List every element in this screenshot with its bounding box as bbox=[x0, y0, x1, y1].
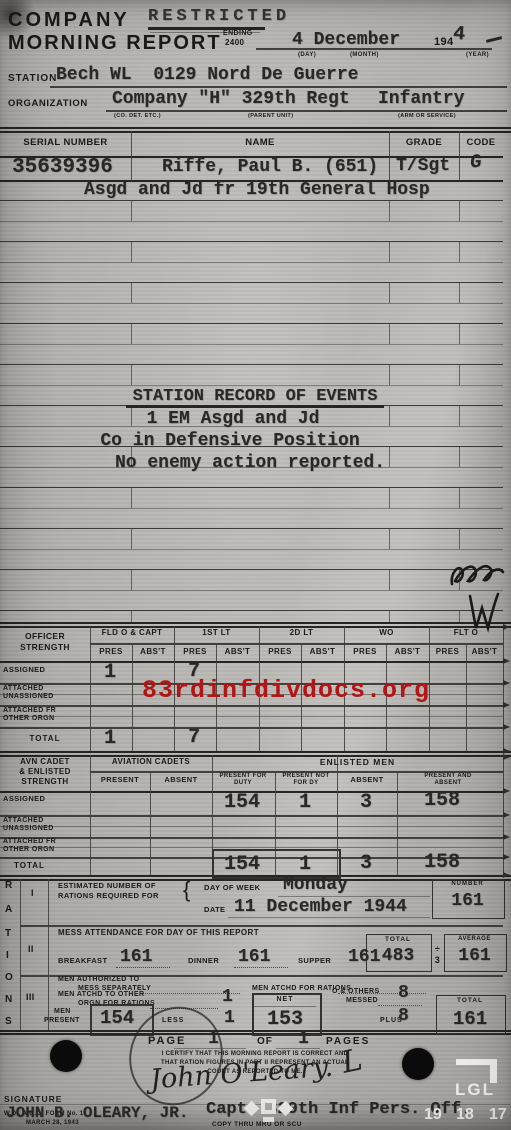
typed-officer-name: JOHN B. OLEARY, JR. bbox=[6, 1105, 188, 1121]
line-end-arrow bbox=[503, 702, 510, 708]
rations-letter: O bbox=[5, 972, 13, 983]
officer-row-attached-fr: ATTACHED FR OTHER ORGN bbox=[3, 707, 63, 723]
roster-name-value: Riffe, Paul B. (651) bbox=[162, 158, 378, 176]
officer-total-1lt-pres: 7 bbox=[188, 728, 200, 748]
rule-line bbox=[0, 127, 511, 129]
others-messed-value: 8 bbox=[398, 984, 409, 1002]
rule-line bbox=[0, 751, 511, 753]
enlisted-sub-present-not-for-dy: PRESENT NOT FOR DY bbox=[281, 773, 331, 786]
officer-assigned-fld-pres: 1 bbox=[104, 663, 116, 683]
roster-header-name: NAME bbox=[131, 138, 389, 149]
pen-dash bbox=[486, 36, 502, 42]
grid-line bbox=[150, 771, 151, 875]
rule-line bbox=[0, 826, 503, 827]
officer-sub-pres: PRES bbox=[429, 648, 466, 657]
grid-line bbox=[132, 643, 133, 751]
station-value: Bech WL 0129 Nord De Guerre bbox=[56, 66, 358, 84]
grid-line bbox=[90, 755, 91, 875]
events-title: STATION RECORD OF EVENTS bbox=[110, 388, 400, 405]
events-line: 1 EM Asgd and Jd bbox=[70, 410, 396, 428]
grid-line bbox=[503, 626, 504, 751]
line-end-arrow bbox=[503, 812, 510, 818]
brace-glyph: { bbox=[183, 878, 191, 903]
officer-group-wo: WO bbox=[344, 629, 429, 638]
officer-group-1lt: 1ST LT bbox=[174, 629, 259, 638]
station-label: STATION bbox=[8, 73, 57, 84]
ruler-digit: 19 bbox=[424, 1106, 442, 1124]
ending-2400-label: 2400 bbox=[225, 39, 244, 48]
enlisted-sub-absent: ABSENT bbox=[150, 776, 212, 784]
day-of-week-label: DAY OF WEEK bbox=[204, 884, 261, 892]
rations-numeral-1: I bbox=[31, 888, 34, 898]
officer-sub-abst: ABS'T bbox=[132, 648, 174, 657]
morning-report-document: COMPANY MORNING REPORT RESTRICTED ENDING… bbox=[0, 0, 511, 1130]
rations-letter: A bbox=[5, 904, 13, 915]
officer-group-2lt: 2D LT bbox=[259, 629, 344, 638]
enlisted-men-group: ENLISTED MEN bbox=[212, 758, 503, 768]
plus-value: 8 bbox=[398, 1007, 409, 1025]
roster-header-code: CODE bbox=[459, 138, 503, 149]
blank-row bbox=[0, 610, 503, 622]
fiducial-bar bbox=[263, 1117, 274, 1122]
average-label: AVERAGE bbox=[444, 936, 505, 943]
net-label: NET bbox=[252, 996, 318, 1004]
dinner-value: 161 bbox=[238, 948, 270, 966]
line-end-arrow bbox=[503, 872, 510, 878]
breakfast-value: 161 bbox=[120, 948, 152, 966]
estimated-rations-label1: ESTIMATED NUMBER OF bbox=[58, 882, 156, 890]
org-sublabel-co: (CO. DET. ETC.) bbox=[114, 113, 161, 119]
pages-number: 1 bbox=[298, 1030, 309, 1048]
year-printed: 194 bbox=[434, 36, 454, 48]
less-value: 1 bbox=[224, 1009, 235, 1027]
title-company: COMPANY bbox=[8, 9, 130, 31]
ending-label: ENDING bbox=[223, 30, 253, 38]
enlisted-stub-line3: STRENGTH bbox=[0, 778, 90, 787]
o-and-others-label2: MESSED bbox=[346, 997, 378, 1005]
officer-sub-abst: ABS'T bbox=[216, 648, 259, 657]
officer-sub-abst: ABS'T bbox=[301, 648, 344, 657]
enlisted-stub-line2: & ENLISTED bbox=[0, 768, 90, 777]
officer-sub-pres: PRES bbox=[344, 648, 386, 657]
rule-line bbox=[0, 716, 503, 717]
rations-numeral-3: III bbox=[26, 992, 35, 1002]
rule-line bbox=[0, 727, 503, 729]
breakfast-label: BREAKFAST bbox=[58, 957, 107, 965]
enlisted-total-pa: 158 bbox=[424, 853, 460, 873]
day-sublabel: (DAY) bbox=[298, 52, 316, 59]
officer-stub-line1: OFFICER bbox=[0, 632, 90, 642]
date-label: DATE bbox=[204, 906, 225, 914]
enlisted-total-pfd: 154 bbox=[224, 855, 260, 875]
rations-letter: R bbox=[5, 880, 13, 891]
grid-line bbox=[90, 626, 91, 751]
rule-line bbox=[50, 86, 507, 88]
title-morning-report: MORNING REPORT bbox=[8, 32, 222, 54]
organization-arm-value: Infantry bbox=[378, 90, 464, 108]
divide-by-three: ÷ 3 bbox=[432, 944, 443, 966]
roster-note: Asgd and Jd fr 19th General Hosp bbox=[84, 181, 430, 199]
events-line: No enemy action reported. bbox=[55, 454, 445, 472]
officer-sub-pres: PRES bbox=[259, 648, 301, 657]
date-value: 11 December 1944 bbox=[234, 898, 407, 916]
enlisted-row-attached-unassigned: ATTACHED UNASSIGNED bbox=[3, 817, 63, 833]
pen-scribble bbox=[446, 550, 508, 634]
enlisted-assigned-pnfd: 1 bbox=[299, 793, 311, 813]
net-value: 153 bbox=[252, 1010, 318, 1030]
punch-hole-right bbox=[402, 1048, 434, 1080]
ruler-digit: 17 bbox=[489, 1106, 507, 1124]
blank-row bbox=[0, 569, 503, 610]
dinner-line bbox=[234, 967, 288, 968]
estimated-rations-label2: RATIONS REQUIRED FOR bbox=[58, 892, 159, 900]
month-sublabel: (MONTH) bbox=[350, 52, 379, 59]
blank-row bbox=[0, 241, 503, 282]
enlisted-row-attached-fr: ATTACHED FR OTHER ORGN bbox=[3, 838, 63, 854]
org-sublabel-arm: (ARM OR SERVICE) bbox=[398, 113, 456, 119]
roster-header-grade: GRADE bbox=[389, 138, 459, 149]
enlisted-assigned-absent: 3 bbox=[360, 793, 372, 813]
blank-row bbox=[0, 528, 503, 569]
enlisted-row-total: TOTAL bbox=[14, 862, 45, 871]
aviation-cadets-group: AVIATION CADETS bbox=[90, 758, 212, 767]
rule-line bbox=[0, 755, 511, 757]
number-value: 161 bbox=[432, 892, 503, 910]
supper-label: SUPPER bbox=[298, 957, 331, 965]
officer-row-attached-unassigned: ATTACHED UNASSIGNED bbox=[3, 685, 63, 701]
day-of-week-value: Monday bbox=[283, 876, 348, 894]
breakfast-line bbox=[116, 967, 170, 968]
officer-sub-abst: ABS'T bbox=[466, 648, 503, 657]
organization-value: Company "H" 329th Regt bbox=[112, 90, 350, 108]
blank-row bbox=[0, 282, 503, 323]
line-end-arrow bbox=[503, 680, 510, 686]
men-present-label2: PRESENT bbox=[44, 1017, 80, 1025]
enlisted-total-absent: 3 bbox=[360, 854, 372, 874]
rule-line bbox=[0, 661, 503, 663]
enlisted-sub-present-and-absent: PRESENT AND ABSENT bbox=[422, 773, 474, 786]
men-authorized-label1: MEN AUTHORIZED TO bbox=[58, 976, 139, 984]
blank-row bbox=[0, 200, 503, 241]
year-sublabel: (YEAR) bbox=[466, 52, 489, 59]
dinner-label: DINNER bbox=[188, 957, 219, 965]
events-line: Co in Defensive Position bbox=[40, 432, 420, 450]
mess-attendance-label: MESS ATTENDANCE FOR DAY OF THIS REPORT bbox=[58, 929, 259, 938]
date-line bbox=[228, 917, 430, 918]
grid-line bbox=[397, 771, 398, 875]
enlisted-assigned-pa: 158 bbox=[424, 791, 460, 811]
men-atchd-other-label1: MEN ATCHD TO OTHER bbox=[58, 991, 144, 999]
enlisted-total-pnfd: 1 bbox=[299, 855, 311, 875]
grid-line bbox=[48, 879, 49, 1030]
restricted-stamp: RESTRICTED bbox=[148, 8, 290, 25]
year-handwritten: 4 bbox=[452, 25, 465, 46]
officer-sub-abst: ABS'T bbox=[386, 648, 429, 657]
roster-serial-value: 35639396 bbox=[12, 157, 113, 178]
line-end-arrow bbox=[503, 834, 510, 840]
enlisted-assigned-pfd: 154 bbox=[224, 793, 260, 813]
org-sublabel-parent: (PARENT UNIT) bbox=[248, 113, 293, 119]
officer-total-fld-pres: 1 bbox=[104, 729, 116, 749]
enlisted-stub-line1: AVN CADET bbox=[0, 758, 90, 767]
organization-label: ORGANIZATION bbox=[8, 99, 88, 110]
officer-row-total: TOTAL bbox=[0, 735, 90, 744]
grid-line bbox=[466, 643, 467, 751]
line-end-arrow bbox=[503, 788, 510, 794]
of-label: OF bbox=[257, 1036, 273, 1047]
lgl-mark: LGL bbox=[455, 1080, 495, 1100]
rations-numeral-2: II bbox=[28, 944, 34, 954]
officer-row-assigned: ASSIGNED bbox=[3, 666, 45, 674]
rule-line bbox=[20, 925, 503, 927]
officer-group-fld: FLD O & CAPT bbox=[90, 629, 174, 638]
rations-letter: S bbox=[5, 1016, 12, 1027]
rations-letter: N bbox=[5, 994, 13, 1005]
enlisted-sub-present-for-duty: PRESENT FOR DUTY bbox=[218, 773, 268, 786]
blank-row bbox=[0, 323, 503, 364]
rations-total-value: 161 bbox=[436, 1010, 504, 1029]
rations-letter: T bbox=[5, 928, 12, 939]
line-end-arrow bbox=[503, 754, 510, 760]
rule-line bbox=[0, 837, 503, 839]
roster-header-serial: SERIAL NUMBER bbox=[0, 138, 131, 149]
ruler-digit: 18 bbox=[456, 1106, 474, 1124]
rule-line bbox=[0, 626, 511, 628]
officer-sub-pres: PRES bbox=[174, 648, 216, 657]
mess-total-value: 483 bbox=[366, 947, 430, 965]
o-and-others-label1: O & OTHERS bbox=[332, 988, 380, 996]
blank-row bbox=[0, 487, 503, 528]
copy-thru-label: COPY THRU MRU OR SCU bbox=[212, 1121, 302, 1128]
punch-hole-left bbox=[50, 1040, 82, 1072]
roster-grade-value: T/Sgt bbox=[396, 157, 450, 175]
rule-line bbox=[0, 622, 511, 624]
rule-line bbox=[0, 815, 503, 817]
officer-stub-line2: STRENGTH bbox=[0, 643, 90, 653]
enlisted-sub-present: PRESENT bbox=[90, 776, 150, 784]
men-present-label1: MEN bbox=[54, 1008, 71, 1016]
average-value: 161 bbox=[444, 947, 505, 965]
mess-total-label: TOTAL bbox=[366, 936, 430, 943]
rule-line bbox=[90, 643, 503, 645]
line-end-arrow bbox=[503, 854, 510, 860]
report-date-value: 4 December bbox=[292, 31, 400, 49]
watermark-text: 83rdinfdivdocs.org bbox=[142, 676, 430, 705]
line-end-arrow bbox=[503, 724, 510, 730]
roster-code-value: G bbox=[469, 153, 483, 172]
atchd-other-value: 1 bbox=[222, 988, 233, 1006]
enlisted-sub-absent2: ABSENT bbox=[337, 776, 397, 784]
grid-line bbox=[20, 879, 21, 1030]
rations-total-label: TOTAL bbox=[436, 997, 504, 1004]
rule-line bbox=[0, 131, 511, 133]
officer-sub-pres: PRES bbox=[90, 648, 132, 657]
fiducial-square-inner bbox=[265, 1103, 272, 1110]
enlisted-row-assigned: ASSIGNED bbox=[3, 795, 45, 803]
rations-letter: I bbox=[6, 950, 9, 961]
rule-line bbox=[0, 705, 503, 707]
number-label: NUMBER bbox=[432, 881, 503, 888]
rule-line bbox=[0, 847, 503, 848]
line-end-arrow bbox=[503, 658, 510, 664]
rule-line bbox=[106, 110, 507, 112]
